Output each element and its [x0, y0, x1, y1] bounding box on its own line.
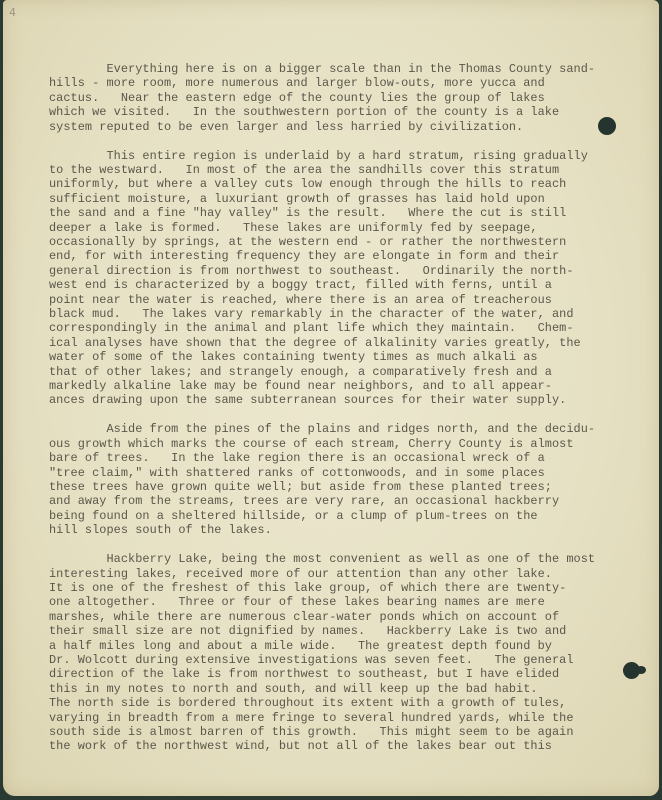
- text-line: Dr. Wolcott during extensive investigati…: [49, 653, 609, 667]
- paragraph-1: Everything here is on a bigger scale tha…: [49, 62, 609, 134]
- text-line: and away from the streams, trees are ver…: [49, 494, 609, 508]
- text-line: water of some of the lakes containing tw…: [49, 350, 609, 364]
- text-line: deeper a lake is formed. These lakes are…: [49, 221, 609, 235]
- text-line: The north side is bordered throughout it…: [49, 696, 609, 710]
- text-line: end, for with interesting frequency they…: [49, 249, 609, 263]
- text-line: ical analyses have shown that the degree…: [49, 336, 609, 350]
- text-line: one altogether. Three or four of these l…: [49, 595, 609, 609]
- text-line: occasionally by springs, at the western …: [49, 235, 609, 249]
- text-line: "tree claim," with shattered ranks of co…: [49, 466, 609, 480]
- typewritten-page: 4 Everything here is on a bigger scale t…: [3, 0, 659, 796]
- text-line: the sand and a fine "hay valley" is the …: [49, 206, 609, 220]
- text-line: to the westward. In most of the area the…: [49, 163, 609, 177]
- text-line: markedly alkaline lake may be found near…: [49, 379, 609, 393]
- text-line: hill slopes south of the lakes.: [49, 523, 609, 537]
- paragraph-4: Hackberry Lake, being the most convenien…: [49, 552, 609, 754]
- body-text: Everything here is on a bigger scale tha…: [49, 62, 609, 768]
- text-line: their small size are not dignified by na…: [49, 624, 609, 638]
- text-line: a half miles long and about a mile wide.…: [49, 639, 609, 653]
- text-line: west end is characterized by a boggy tra…: [49, 278, 609, 292]
- text-line: hills - more room, more numerous and lar…: [49, 76, 609, 90]
- text-line: being found on a sheltered hillside, or …: [49, 509, 609, 523]
- text-line: which we visited. In the southwestern po…: [49, 105, 609, 119]
- text-line: general direction is from northwest to s…: [49, 264, 609, 278]
- text-line: ances drawing upon the same subterranean…: [49, 393, 609, 407]
- text-line: bare of trees. In the lake region there …: [49, 451, 609, 465]
- text-line: varying in breadth from a mere fringe to…: [49, 711, 609, 725]
- text-line: south side is almost barren of this grow…: [49, 725, 609, 739]
- text-line: this in my notes to north and south, and…: [49, 682, 609, 696]
- text-line: that of other lakes; and strangely enoug…: [49, 365, 609, 379]
- text-line: marshes, while there are numerous clear-…: [49, 610, 609, 624]
- text-line: correspondingly in the animal and plant …: [49, 321, 609, 335]
- text-line: the work of the northwest wind, but not …: [49, 739, 609, 753]
- text-line: cactus. Near the eastern edge of the cou…: [49, 91, 609, 105]
- page-number: 4: [9, 6, 16, 19]
- text-line: Hackberry Lake, being the most convenien…: [49, 552, 609, 566]
- text-line: sufficient moisture, a luxuriant growth …: [49, 192, 609, 206]
- text-line: Aside from the pines of the plains and r…: [49, 422, 609, 436]
- text-line: point near the water is reached, where t…: [49, 293, 609, 307]
- text-line: This entire region is underlaid by a har…: [49, 149, 609, 163]
- text-line: direction of the lake is from northwest …: [49, 667, 609, 681]
- text-line: these trees have grown quite well; but a…: [49, 480, 609, 494]
- paragraph-2: This entire region is underlaid by a har…: [49, 149, 609, 408]
- text-line: uniformly, but where a valley cuts low e…: [49, 177, 609, 191]
- text-line: ous growth which marks the course of eac…: [49, 437, 609, 451]
- text-line: Everything here is on a bigger scale tha…: [49, 62, 609, 76]
- text-line: system reputed to be even larger and les…: [49, 120, 609, 134]
- punch-hole-bottom: [623, 662, 640, 679]
- text-line: black mud. The lakes vary remarkably in …: [49, 307, 609, 321]
- text-line: interesting lakes, received more of our …: [49, 567, 609, 581]
- paragraph-3: Aside from the pines of the plains and r…: [49, 422, 609, 537]
- text-line: It is one of the freshest of this lake g…: [49, 581, 609, 595]
